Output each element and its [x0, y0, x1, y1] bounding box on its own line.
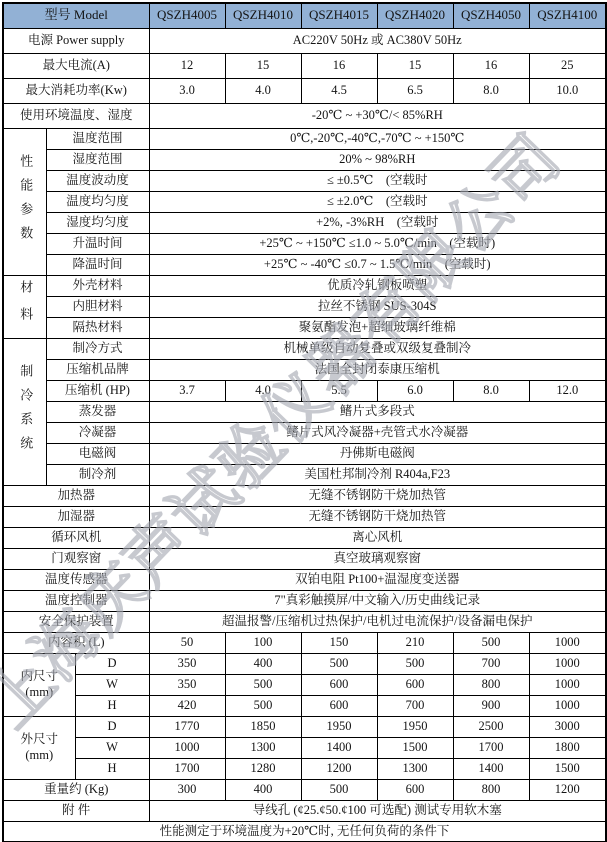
spec-value: 3.7 — [149, 380, 225, 401]
row-max-current: 最大电流(A) 12 15 16 15 16 25 — [3, 53, 606, 78]
spec-value: 1770 — [149, 716, 225, 737]
spec-value: 4.0 — [225, 380, 301, 401]
model-name: QSZH4015 — [301, 3, 377, 28]
spec-value: 1950 — [377, 716, 453, 737]
spec-value: +25℃ ~ -40℃ ≤0.7 ~ 1.5℃/min (空载时) — [149, 254, 606, 275]
spec-value: 500 — [225, 695, 301, 716]
spec-value: 1950 — [301, 716, 377, 737]
spec-label: 制冷剂 — [46, 464, 149, 485]
spec-value: 15 — [377, 53, 453, 78]
row-humidifier: 加湿器 无缝不锈钢防干烧加热管 — [3, 506, 606, 527]
spec-value: 超温报警/压缩机过热保护/电机过电流保护/设备漏电保护 — [149, 611, 606, 632]
spec-value: 1000 — [529, 632, 606, 653]
spec-value: 4.5 — [301, 78, 377, 103]
group-label-text: 制冷系统 — [17, 364, 32, 460]
dim-axis-label: D — [75, 716, 149, 737]
row-max-power: 最大消耗功率(Kw) 3.0 4.0 4.5 6.5 8.0 10.0 — [3, 78, 606, 103]
spec-value: 1000 — [149, 737, 225, 758]
spec-value: 300 — [149, 779, 225, 800]
spec-value: 420 — [149, 695, 225, 716]
row-compressor-hp: 压缩机 (HP) 3.7 4.0 5.5 6.0 8.0 12.0 — [3, 380, 606, 401]
spec-value: 16 — [301, 53, 377, 78]
row-inner-width: W 350 500 600 600 800 1000 — [3, 674, 606, 695]
spec-table: 型号 Model QSZH4005 QSZH4010 QSZH4015 QSZH… — [2, 2, 607, 842]
row-evaporator: 蒸发器 鳍片式多段式 — [3, 401, 606, 422]
row-temp-fluctuation: 温度波动度 ≤ ±0.5℃ (空载时 — [3, 170, 606, 191]
spec-label: 电源 Power supply — [3, 28, 149, 53]
spec-value: 600 — [301, 674, 377, 695]
spec-label: 蒸发器 — [46, 401, 149, 422]
row-heatup-time: 升温时间 +25℃ ~ +150℃ ≤1.0 ~ 5.0℃/min (空载时) — [3, 233, 606, 254]
spec-value: 丹佛斯电磁阀 — [149, 443, 606, 464]
row-weight: 重量约 (Kg) 300 400 500 600 800 1200 — [3, 779, 606, 800]
spec-value: 1000 — [529, 674, 606, 695]
spec-value: 1000 — [529, 695, 606, 716]
spec-value: 7"真彩触摸屏/中文输入/历史曲线记录 — [149, 590, 606, 611]
spec-value: 210 — [377, 632, 453, 653]
spec-value: 1850 — [225, 716, 301, 737]
row-power-supply: 电源 Power supply AC220V 50Hz 或 AC380V 50H… — [3, 28, 606, 53]
row-solenoid-valve: 电磁阀 丹佛斯电磁阀 — [3, 443, 606, 464]
spec-value: 500 — [301, 653, 377, 674]
spec-label: 降温时间 — [46, 254, 149, 275]
spec-value: 双铂电阻 Pt100+温湿度变送器 — [149, 569, 606, 590]
spec-value: 600 — [377, 779, 453, 800]
spec-value: 12.0 — [529, 380, 606, 401]
model-name: QSZH4100 — [529, 3, 606, 28]
spec-label: 温度波动度 — [46, 170, 149, 191]
row-footnote: 性能测定于环境温度为+20℃时, 无任何负荷的条件下 — [3, 821, 606, 842]
spec-label: 冷凝器 — [46, 422, 149, 443]
spec-value: AC220V 50Hz 或 AC380V 50Hz — [149, 28, 606, 53]
group-label-text: 性能参数 — [17, 154, 32, 250]
spec-value: 0℃,-20℃,-40℃,-70℃ ~ +150℃ — [149, 128, 606, 149]
spec-value: 1400 — [453, 758, 529, 779]
spec-label: 压缩机 (HP) — [46, 380, 149, 401]
row-accessories: 附 件 导线孔 (¢25.¢50.¢100 可选配) 测试专用软木塞 — [3, 800, 606, 821]
spec-label: 温度均匀度 — [46, 191, 149, 212]
row-compressor-brand: 压缩机品牌 法国全封闭泰康压缩机 — [3, 359, 606, 380]
spec-value: 350 — [149, 674, 225, 695]
group-label-text: 外尺寸 — [5, 732, 74, 748]
spec-value: 500 — [377, 653, 453, 674]
spec-value: 1300 — [377, 758, 453, 779]
spec-label: 最大电流(A) — [3, 53, 149, 78]
spec-value: 真空玻璃观察窗 — [149, 548, 606, 569]
row-temp-range: 性能参数 温度范围 0℃,-20℃,-40℃,-70℃ ~ +150℃ — [3, 128, 606, 149]
row-liner-material: 内胆材料 拉丝不锈钢 SUS-304S — [3, 296, 606, 317]
spec-value: 1200 — [529, 779, 606, 800]
row-circulation-fan: 循环风机 离心风机 — [3, 527, 606, 548]
model-name: QSZH4050 — [453, 3, 529, 28]
spec-value: 鳍片式多段式 — [149, 401, 606, 422]
spec-value: 25 — [529, 53, 606, 78]
group-label-text: 材料 — [17, 280, 32, 334]
performance-note: 性能测定于环境温度为+20℃时, 无任何负荷的条件下 — [3, 821, 606, 842]
spec-value: 600 — [377, 674, 453, 695]
spec-label: 安全保护装置 — [3, 611, 149, 632]
row-outer-height: H 1700 1280 1200 1300 1400 1500 — [3, 758, 606, 779]
spec-value: 700 — [453, 653, 529, 674]
spec-value: 机械单级自动复叠或双级复叠制冷 — [149, 338, 606, 359]
spec-value: ≤ ±0.5℃ (空载时 — [149, 170, 606, 191]
spec-value: 1200 — [301, 758, 377, 779]
model-name: QSZH4010 — [225, 3, 301, 28]
model-header-label: 型号 Model — [3, 3, 149, 28]
spec-value: 15 — [225, 53, 301, 78]
dim-axis-label: W — [75, 737, 149, 758]
spec-label: 使用环境温度、湿度 — [3, 103, 149, 128]
dim-axis-label: H — [75, 695, 149, 716]
spec-label: 温度范围 — [46, 128, 149, 149]
row-insulation-material: 隔热材料 聚氨酯发泡+超细玻璃纤维棉 — [3, 317, 606, 338]
spec-value: 900 — [453, 695, 529, 716]
spec-value: 600 — [301, 695, 377, 716]
spec-value: 5.5 — [301, 380, 377, 401]
spec-value: 鳍片式风冷凝器+壳管式水冷凝器 — [149, 422, 606, 443]
spec-label: 温度控制器 — [3, 590, 149, 611]
spec-value: 500 — [225, 674, 301, 695]
row-model-header: 型号 Model QSZH4005 QSZH4010 QSZH4015 QSZH… — [3, 3, 606, 28]
spec-value: 1000 — [529, 653, 606, 674]
group-label-outer-size: 外尺寸 (mm) — [3, 716, 75, 779]
spec-value: 无缝不锈钢防干烧加热管 — [149, 485, 606, 506]
spec-label: 制冷方式 — [46, 338, 149, 359]
spec-value: 6.0 — [377, 380, 453, 401]
spec-label: 压缩机品牌 — [46, 359, 149, 380]
group-label-unit: (mm) — [5, 685, 74, 701]
row-safety-protection: 安全保护装置 超温报警/压缩机过热保护/电机过电流保护/设备漏电保护 — [3, 611, 606, 632]
spec-value: 8.0 — [453, 380, 529, 401]
spec-value: 350 — [149, 653, 225, 674]
spec-value: 1700 — [149, 758, 225, 779]
spec-label: 电磁阀 — [46, 443, 149, 464]
row-outer-depth: 外尺寸 (mm) D 1770 1850 1950 1950 2500 3000 — [3, 716, 606, 737]
spec-label: 内胆材料 — [46, 296, 149, 317]
spec-value: 100 — [225, 632, 301, 653]
row-inner-depth: 内尺寸 (mm) D 350 400 500 500 700 1000 — [3, 653, 606, 674]
spec-label: 湿度范围 — [46, 149, 149, 170]
spec-value: 500 — [453, 632, 529, 653]
spec-value: 16 — [453, 53, 529, 78]
spec-value: 8.0 — [453, 78, 529, 103]
spec-value: 1800 — [529, 737, 606, 758]
group-label-cooling-system: 制冷系统 — [3, 338, 46, 485]
spec-value: 导线孔 (¢25.¢50.¢100 可选配) 测试专用软木塞 — [149, 800, 606, 821]
spec-value: 800 — [453, 674, 529, 695]
dim-axis-label: W — [75, 674, 149, 695]
spec-sheet-page: 上海庆声试验仪器有限公司 型号 Model QSZH4005 QSZH4010 … — [0, 0, 607, 842]
dim-axis-label: D — [75, 653, 149, 674]
spec-value: 800 — [453, 779, 529, 800]
row-refrigerant: 制冷剂 美国杜邦制冷剂 R404a,F23 — [3, 464, 606, 485]
spec-value: 6.5 — [377, 78, 453, 103]
row-inner-volume: 内容积 (L) 50 100 150 210 500 1000 — [3, 632, 606, 653]
spec-label: 湿度均匀度 — [46, 212, 149, 233]
spec-label: 附 件 — [3, 800, 149, 821]
row-cooling-method: 制冷系统 制冷方式 机械单级自动复叠或双级复叠制冷 — [3, 338, 606, 359]
spec-label: 加湿器 — [3, 506, 149, 527]
group-label-unit: (mm) — [5, 748, 74, 764]
spec-value: +25℃ ~ +150℃ ≤1.0 ~ 5.0℃/min (空载时) — [149, 233, 606, 254]
spec-value: 20% ~ 98%RH — [149, 149, 606, 170]
spec-label: 内容积 (L) — [3, 632, 149, 653]
spec-value: 10.0 — [529, 78, 606, 103]
spec-label: 最大消耗功率(Kw) — [3, 78, 149, 103]
spec-label: 隔热材料 — [46, 317, 149, 338]
spec-label: 加热器 — [3, 485, 149, 506]
row-observation-window: 门观察窗 真空玻璃观察窗 — [3, 548, 606, 569]
spec-label: 循环风机 — [3, 527, 149, 548]
spec-value: 1300 — [225, 737, 301, 758]
group-label-text: 内尺寸 — [5, 669, 74, 685]
row-temp-sensor: 温度传感器 双铂电阻 Pt100+温湿度变送器 — [3, 569, 606, 590]
row-cooldown-time: 降温时间 +25℃ ~ -40℃ ≤0.7 ~ 1.5℃/min (空载时) — [3, 254, 606, 275]
spec-value: 1500 — [377, 737, 453, 758]
row-temp-controller: 温度控制器 7"真彩触摸屏/中文输入/历史曲线记录 — [3, 590, 606, 611]
spec-value: 12 — [149, 53, 225, 78]
spec-value: 700 — [377, 695, 453, 716]
spec-value: 离心风机 — [149, 527, 606, 548]
spec-value: 法国全封闭泰康压缩机 — [149, 359, 606, 380]
spec-value: 400 — [225, 653, 301, 674]
spec-value: 400 — [225, 779, 301, 800]
spec-label: 重量约 (Kg) — [3, 779, 149, 800]
spec-value: 聚氨酯发泡+超细玻璃纤维棉 — [149, 317, 606, 338]
spec-value: 无缝不锈钢防干烧加热管 — [149, 506, 606, 527]
row-temp-uniformity: 温度均匀度 ≤ ±2.0℃ (空载时 — [3, 191, 606, 212]
spec-value: 1280 — [225, 758, 301, 779]
spec-value: 1500 — [529, 758, 606, 779]
spec-value: 3.0 — [149, 78, 225, 103]
spec-value: 1400 — [301, 737, 377, 758]
spec-value: 1700 — [453, 737, 529, 758]
row-condenser: 冷凝器 鳍片式风冷凝器+壳管式水冷凝器 — [3, 422, 606, 443]
row-inner-height: H 420 500 600 700 900 1000 — [3, 695, 606, 716]
spec-value: 50 — [149, 632, 225, 653]
spec-value: 3000 — [529, 716, 606, 737]
row-ambient: 使用环境温度、湿度 -20℃ ~ +30℃/< 85%RH — [3, 103, 606, 128]
spec-value: +2%, -3%RH (空载时 — [149, 212, 606, 233]
group-label-material: 材料 — [3, 275, 46, 338]
spec-value: 4.0 — [225, 78, 301, 103]
group-label-inner-size: 内尺寸 (mm) — [3, 653, 75, 716]
row-heater: 加热器 无缝不锈钢防干烧加热管 — [3, 485, 606, 506]
spec-value: 美国杜邦制冷剂 R404a,F23 — [149, 464, 606, 485]
spec-value: 150 — [301, 632, 377, 653]
spec-label: 外壳材料 — [46, 275, 149, 296]
spec-value: ≤ ±2.0℃ (空载时 — [149, 191, 606, 212]
row-humidity-uniformity: 湿度均匀度 +2%, -3%RH (空载时 — [3, 212, 606, 233]
spec-value: 2500 — [453, 716, 529, 737]
spec-label: 升温时间 — [46, 233, 149, 254]
spec-label: 温度传感器 — [3, 569, 149, 590]
spec-value: -20℃ ~ +30℃/< 85%RH — [149, 103, 606, 128]
spec-label: 门观察窗 — [3, 548, 149, 569]
row-shell-material: 材料 外壳材料 优质冷轧钢板喷塑 — [3, 275, 606, 296]
model-name: QSZH4020 — [377, 3, 453, 28]
row-humidity-range: 湿度范围 20% ~ 98%RH — [3, 149, 606, 170]
group-label-performance: 性能参数 — [3, 128, 46, 275]
spec-value: 500 — [301, 779, 377, 800]
dim-axis-label: H — [75, 758, 149, 779]
spec-value: 优质冷轧钢板喷塑 — [149, 275, 606, 296]
model-name: QSZH4005 — [149, 3, 225, 28]
spec-value: 拉丝不锈钢 SUS-304S — [149, 296, 606, 317]
row-outer-width: W 1000 1300 1400 1500 1700 1800 — [3, 737, 606, 758]
